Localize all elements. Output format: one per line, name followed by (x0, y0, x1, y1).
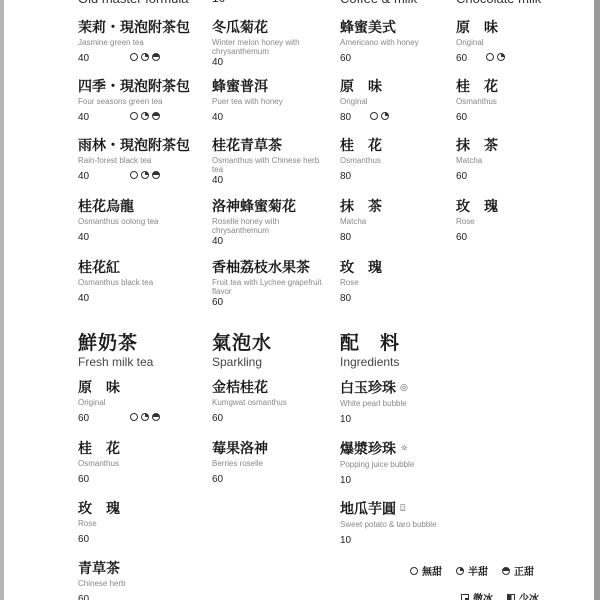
menu-item[interactable]: 蜂蜜普洱 Puer tea with honey 40 (212, 79, 332, 124)
half-square-icon (507, 594, 515, 600)
item-name-zh: 茉莉・現泡附茶包 (78, 20, 203, 37)
legend-label: 少冰 (519, 590, 539, 600)
sweetness-legend: 無甜 半甜 正甜 (410, 563, 534, 578)
item-price: 60 (456, 232, 576, 244)
item-price: 60 (78, 534, 203, 546)
item-name-en: Rose (340, 278, 455, 287)
legend-no-sugar: 無甜 (410, 563, 442, 578)
item-name-zh: 桂花烏龍 (78, 199, 203, 216)
item-name-zh: 桂花紅 (78, 260, 203, 277)
half-sugar-icon (141, 413, 149, 421)
menu-item[interactable]: 四季・現泡附茶包 Four seasons green tea 40 (78, 79, 203, 124)
item-price: 40 (78, 53, 89, 64)
half-sugar-icon (381, 112, 389, 120)
section-title-old-master: Old master formula (78, 0, 189, 6)
menu-item[interactable]: 玫 瑰 Rose 60 (78, 501, 203, 546)
full-sugar-icon (152, 171, 160, 179)
menu-item[interactable]: 原 味 Original 60 (78, 380, 203, 425)
menu-item[interactable]: 桂花青草茶 Osmanthus with Chinese herb tea 40 (212, 138, 332, 187)
item-name-en: Osmanthus (456, 97, 576, 106)
item-name-en: Jasmine green tea (78, 38, 203, 47)
empty-circle-icon (410, 567, 418, 575)
item-price: 10 (212, 0, 225, 5)
item-name-en: Rose (456, 217, 576, 226)
item-name-en: Original (456, 38, 576, 47)
section-title-zh: 配 料 (340, 332, 400, 354)
item-name-zh: 洛神蜂蜜菊花 (212, 199, 332, 216)
menu-item[interactable]: 金桔桂花 Kumgwat osmanthus 60 (212, 380, 332, 425)
menu-item[interactable]: 蜂蜜美式 Americano with honey 60 (340, 20, 455, 65)
item-name-en: Kumgwat osmanthus (212, 398, 332, 407)
item-name-zh: 桂花青草茶 (212, 138, 332, 155)
item-name-zh: 玫 瑰 (78, 501, 203, 518)
item-name-en: Osmanthus with Chinese herb tea (212, 156, 332, 174)
menu-item[interactable]: 青草茶 Chinese herb 60 (78, 561, 203, 600)
half-sugar-icon (141, 171, 149, 179)
legend-less-ice: 少冰 (507, 590, 539, 600)
item-name-zh: 桂 花 (340, 138, 455, 155)
item-price: 60 (212, 297, 332, 309)
section-title-en: Fresh milk tea (78, 355, 153, 369)
menu-item[interactable]: 茉莉・現泡附茶包 Jasmine green tea 40 (78, 20, 203, 65)
item-name-zh: 桂 花 (78, 441, 203, 458)
menu-item[interactable]: 原 味 Original 80 (340, 79, 455, 124)
section-title-en: Ingredients (340, 355, 400, 369)
item-price: 60 (456, 112, 576, 124)
popping-bubble-icon: ☼ (400, 441, 408, 458)
item-price: 60 (456, 53, 467, 64)
menu-item[interactable]: 抹 茶 Matcha 80 (340, 199, 455, 244)
item-name-zh: 玫 瑰 (340, 260, 455, 277)
menu-item[interactable]: 桂 花 Osmanthus 80 (340, 138, 455, 183)
item-name-en: Four seasons green tea (78, 97, 203, 106)
legend-light-ice: 微冰 (461, 590, 493, 600)
item-name-en: Osmanthus oolong tea (78, 217, 203, 226)
no-sugar-icon (130, 171, 138, 179)
item-name-zh: 爆漿珍珠 (340, 442, 396, 458)
menu-item[interactable]: 爆漿珍珠☼ Popping juice bubble 10 (340, 441, 455, 487)
item-name-en: Original (78, 398, 203, 407)
legend: 無甜 半甜 正甜 微冰 少冰 (410, 563, 534, 578)
legend-label: 正甜 (514, 563, 534, 578)
no-sugar-icon (130, 112, 138, 120)
no-sugar-icon (370, 112, 378, 120)
item-name-en: Fruit tea with Lychee grapefruit flavor (212, 278, 332, 296)
item-name-en: Winter melon honey with chrysanthemum (212, 38, 332, 56)
item-name-en: Chinese herb (78, 579, 203, 588)
item-name-zh: 冬瓜菊花 (212, 20, 332, 37)
no-sugar-icon (130, 53, 138, 61)
section-title-coffee-milk: Coffee & milk (340, 0, 417, 6)
item-price: 40 (78, 293, 203, 305)
item-name-zh: 雨林・現泡附茶包 (78, 138, 203, 155)
item-name-en: Roselle honey with chrysanthemum (212, 217, 332, 235)
item-name-en: Popping juice bubble (340, 460, 455, 469)
full-sugar-icon (152, 413, 160, 421)
item-name-en: Matcha (340, 217, 455, 226)
section-title-zh: 氣泡水 (212, 332, 272, 354)
item-name-zh: 原 味 (456, 20, 576, 37)
item-name-zh: 原 味 (78, 380, 203, 397)
item-name-zh: 地瓜芋圓 (340, 502, 396, 518)
item-price: 40 (212, 57, 332, 69)
item-name-en: Berries roselle (212, 459, 332, 468)
small-square-icon (461, 594, 469, 600)
item-price: 40 (212, 236, 332, 248)
item-name-en: Rain-forest black tea (78, 156, 203, 165)
quarter-circle-icon (456, 567, 464, 575)
item-price: 40 (78, 232, 203, 244)
item-name-zh: 桂 花 (456, 79, 576, 96)
item-price: 10 (340, 475, 455, 487)
item-name-zh: 玫 瑰 (456, 199, 576, 216)
item-price: 80 (340, 171, 455, 183)
legend-half-sugar: 半甜 (456, 563, 488, 578)
menu-item[interactable]: 地瓜芋圓⌼ Sweet potato & taro bubble 10 (340, 501, 455, 547)
no-sugar-icon (130, 413, 138, 421)
half-sugar-icon (141, 53, 149, 61)
item-name-zh: 香柚荔枝水果茶 (212, 260, 332, 277)
item-name-zh: 金桔桂花 (212, 380, 332, 397)
item-name-en: White pearl bubble (340, 399, 455, 408)
sweetness-icons (370, 112, 389, 120)
item-name-zh: 白玉珍珠 (340, 381, 396, 397)
legend-full-sugar: 正甜 (502, 563, 534, 578)
menu-item[interactable]: 白玉珍珠◎ White pearl bubble 10 (340, 380, 455, 426)
sweetness-icons (130, 413, 160, 421)
section-header-ingredients: 配 料 Ingredients (340, 332, 400, 369)
item-price: 60 (78, 413, 89, 424)
item-price: 80 (340, 232, 455, 244)
item-name-en: Osmanthus black tea (78, 278, 203, 287)
menu-item[interactable]: 桂花烏龍 Osmanthus oolong tea 40 (78, 199, 203, 244)
item-price: 60 (212, 474, 332, 486)
full-sugar-icon (152, 53, 160, 61)
sweetness-icons (130, 112, 160, 120)
item-price: 40 (78, 112, 89, 123)
page-edge-right (594, 0, 600, 600)
price-row: 40 (78, 53, 203, 65)
item-name-zh: 抹 茶 (456, 138, 576, 155)
sweetness-icons (130, 171, 160, 179)
section-title-en: Sparkling (212, 355, 272, 369)
full-sugar-icon (152, 112, 160, 120)
legend-label: 半甜 (468, 563, 488, 578)
menu-item[interactable]: 原 味 Original 60 (456, 20, 576, 65)
menu-item[interactable]: 桂 花 Osmanthus 60 (456, 79, 576, 124)
menu-item[interactable]: 玫 瑰 Rose 80 (340, 260, 455, 305)
menu-item[interactable]: 桂花紅 Osmanthus black tea 40 (78, 260, 203, 305)
price-row: 80 (340, 112, 455, 124)
menu-item[interactable]: 玫 瑰 Rose 60 (456, 199, 576, 244)
legend-label: 無甜 (422, 563, 442, 578)
menu-item[interactable]: 洛神蜂蜜菊花 Roselle honey with chrysanthemum … (212, 199, 332, 248)
item-name-en: Original (340, 97, 455, 106)
sweetness-icons (486, 53, 505, 61)
price-row: 40 (78, 112, 203, 124)
pearl-icon: ◎ (400, 380, 408, 397)
item-price: 80 (340, 112, 351, 123)
menu-item[interactable]: 雨林・現泡附茶包 Rain-forest black tea 40 (78, 138, 203, 183)
section-title-zh: 鮮奶茶 (78, 332, 153, 354)
item-name-en: Rose (78, 519, 203, 528)
item-price: 80 (340, 293, 455, 305)
item-name-zh: 原 味 (340, 79, 455, 96)
item-price: 40 (212, 175, 332, 187)
item-name-zh: 蜂蜜美式 (340, 20, 455, 37)
no-sugar-icon (486, 53, 494, 61)
item-name-en: Osmanthus (78, 459, 203, 468)
item-name-en: Americano with honey (340, 38, 455, 47)
item-price: 10 (340, 414, 455, 426)
item-name-zh: 四季・現泡附茶包 (78, 79, 203, 96)
item-name-en: Osmanthus (340, 156, 455, 165)
item-price: 40 (78, 171, 89, 182)
sweetness-icons (130, 53, 160, 61)
item-name-zh: 抹 茶 (340, 199, 455, 216)
menu-item[interactable]: 莓果洛神 Berries roselle 60 (212, 441, 332, 486)
section-title-chocolate-milk: Chocolate milk (456, 0, 541, 6)
price-row: 60 (456, 53, 576, 65)
menu-item[interactable]: 香柚荔枝水果茶 Fruit tea with Lychee grapefruit… (212, 260, 332, 309)
section-header-sparkling: 氣泡水 Sparkling (212, 332, 272, 369)
ice-legend: 微冰 少冰 (461, 590, 539, 600)
item-name-en: Sweet potato & taro bubble (340, 520, 455, 529)
section-header-fresh-milk-tea: 鮮奶茶 Fresh milk tea (78, 332, 153, 369)
item-name-en: Matcha (456, 156, 576, 165)
item-name-en: Puer tea with honey (212, 97, 332, 106)
item-price: 60 (340, 53, 455, 65)
item-price: 60 (456, 171, 576, 183)
item-name-zh: 青草茶 (78, 561, 203, 578)
half-sugar-icon (497, 53, 505, 61)
price-row: 60 (78, 413, 203, 425)
item-price: 10 (340, 535, 455, 547)
item-price: 60 (212, 413, 332, 425)
half-circle-icon (502, 567, 510, 575)
item-price: 40 (212, 112, 332, 124)
taro-ball-icon: ⌼ (400, 501, 405, 518)
menu-item[interactable]: 抹 茶 Matcha 60 (456, 138, 576, 183)
price-row: 40 (78, 171, 203, 183)
page-edge-left (0, 0, 4, 600)
item-price: 60 (78, 594, 203, 600)
legend-label: 微冰 (473, 590, 493, 600)
half-sugar-icon (141, 112, 149, 120)
item-price: 60 (78, 474, 203, 486)
menu-item[interactable]: 桂 花 Osmanthus 60 (78, 441, 203, 486)
item-name-zh: 蜂蜜普洱 (212, 79, 332, 96)
item-name-zh: 莓果洛神 (212, 441, 332, 458)
menu-item[interactable]: 冬瓜菊花 Winter melon honey with chrysanthem… (212, 20, 332, 69)
